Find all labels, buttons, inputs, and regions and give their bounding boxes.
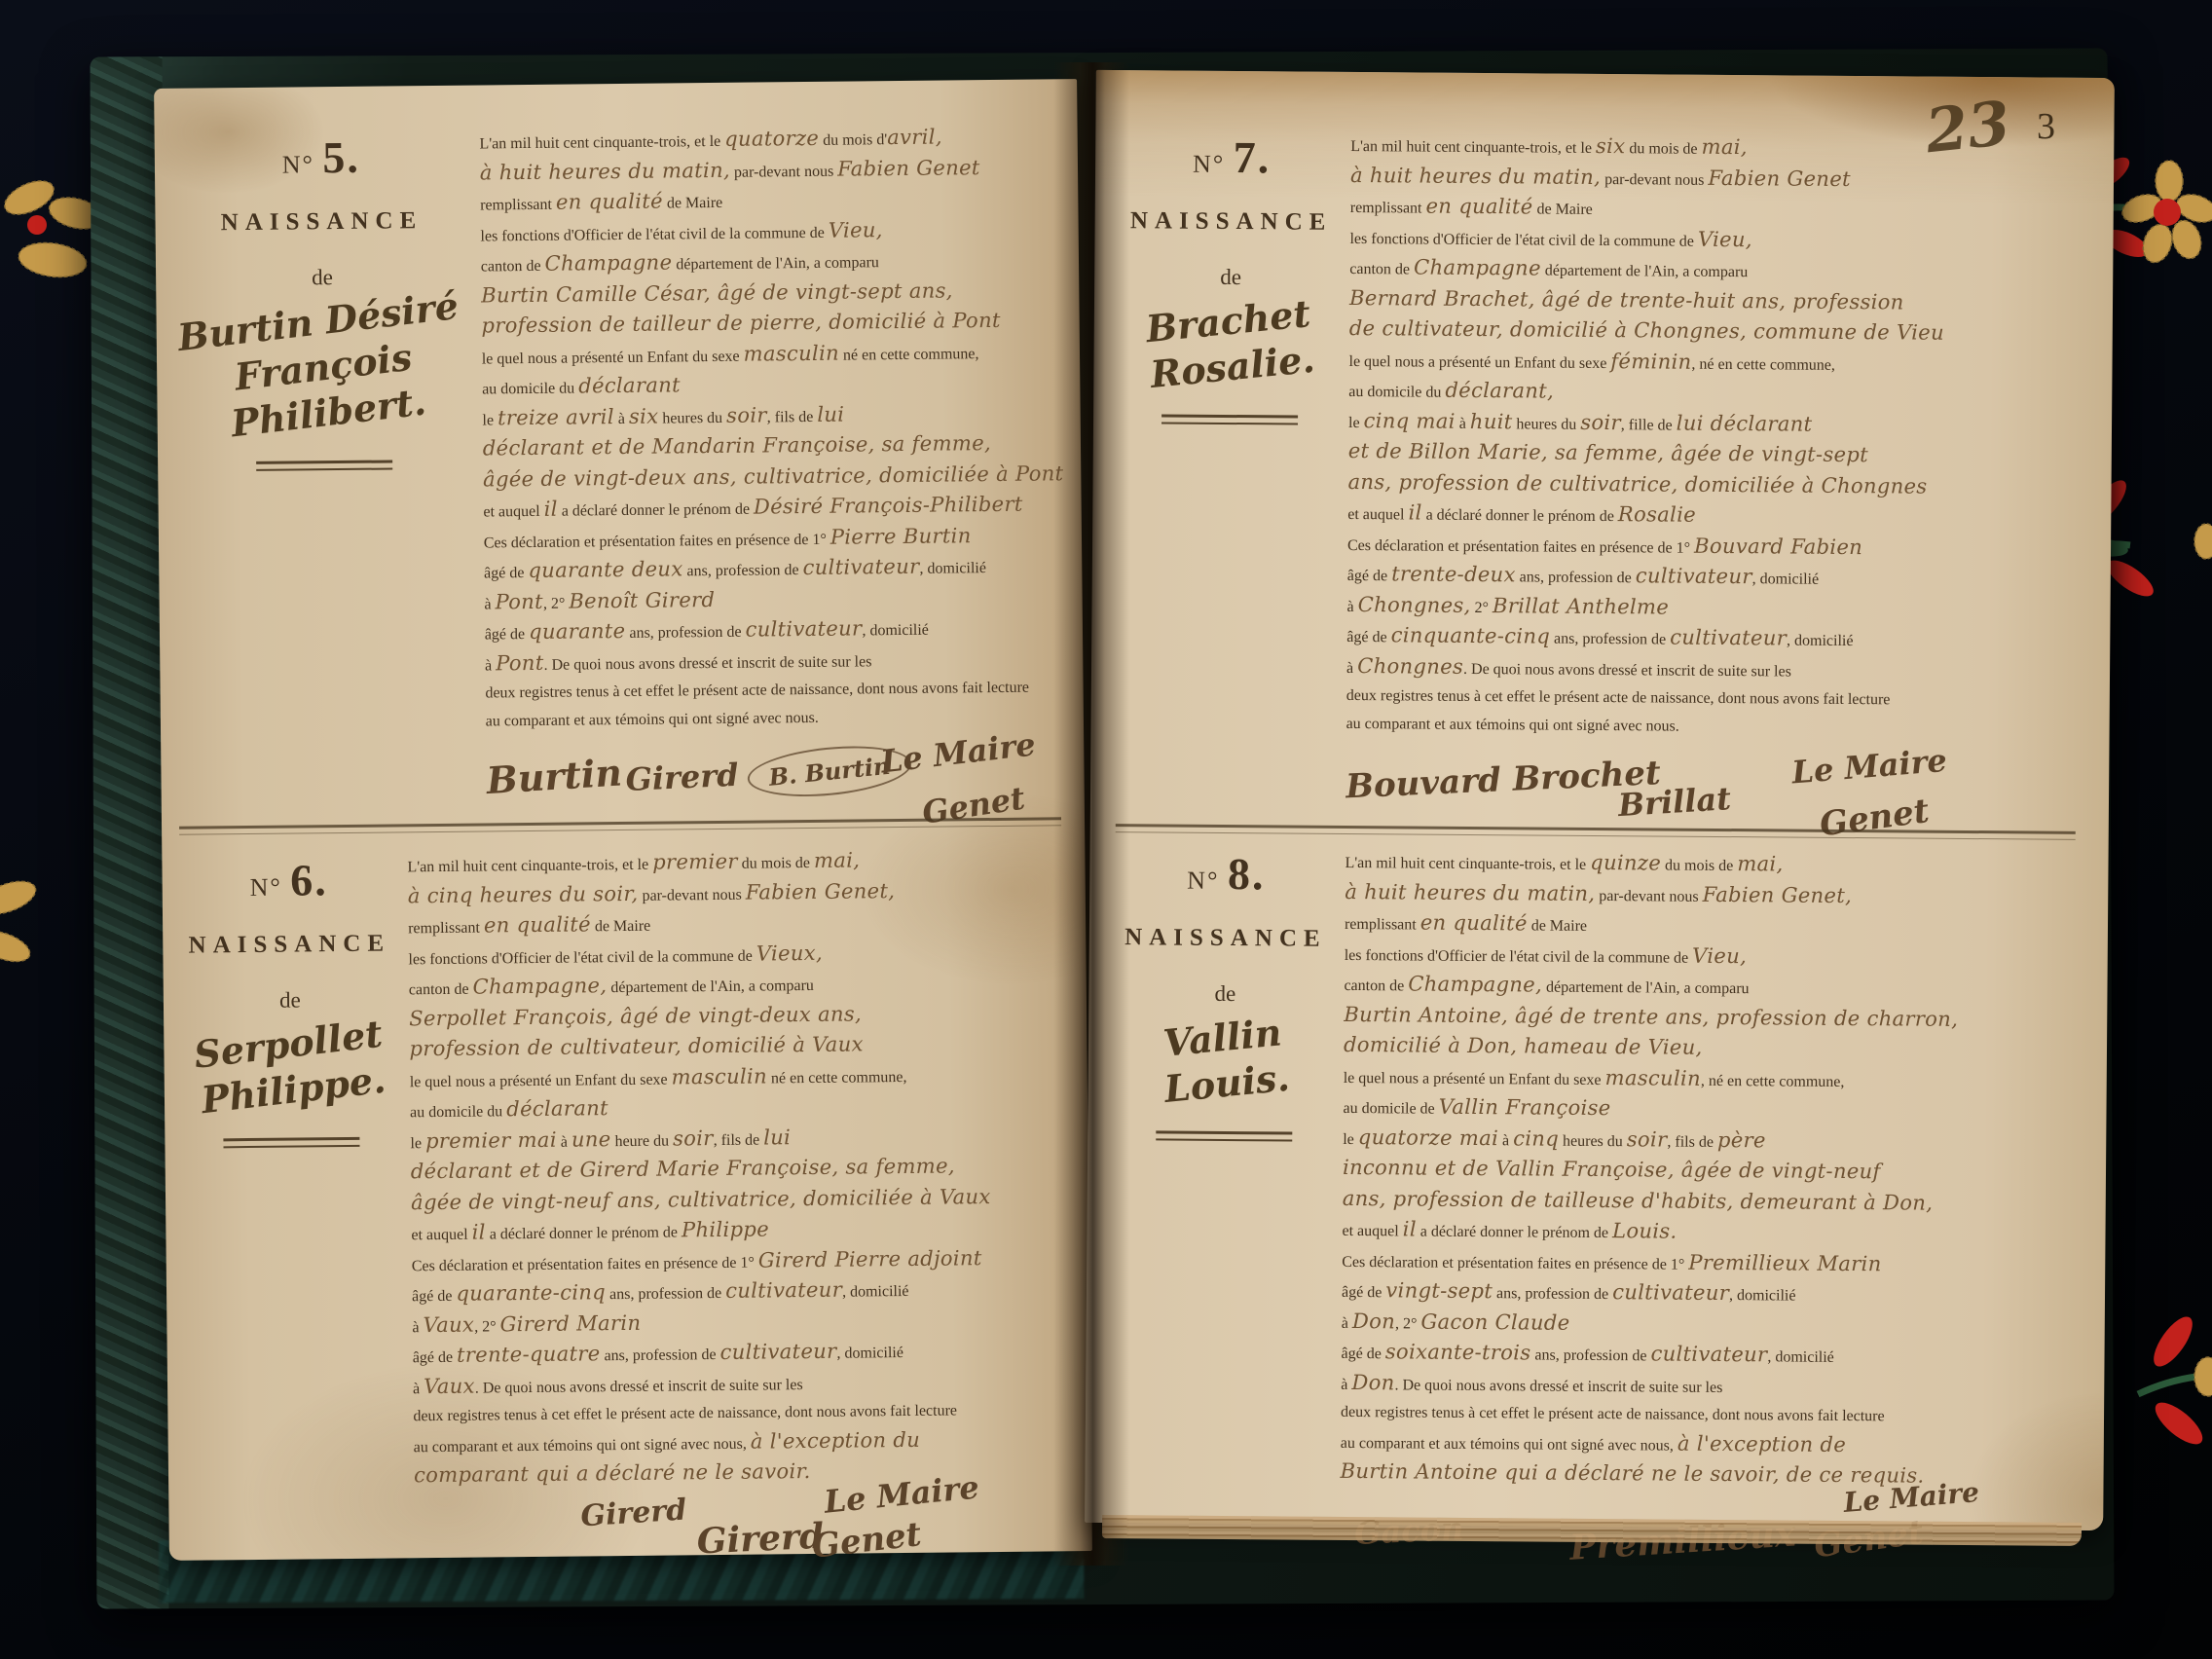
printed-text: heures du bbox=[658, 409, 726, 426]
handwritten-text: masculin bbox=[743, 340, 839, 365]
signature: Girerd bbox=[625, 756, 740, 798]
handwritten-text: cinquante-cinq bbox=[1391, 622, 1551, 647]
printed-text: canton de bbox=[1344, 977, 1408, 995]
act-text-line: et auquel il a déclaré donner le prénom … bbox=[1347, 498, 2066, 535]
handwritten-text: premier mai bbox=[425, 1126, 557, 1152]
printed-text: L'an mil huit cent cinquante-trois, et l… bbox=[479, 133, 724, 153]
handwritten-text: cultivateur bbox=[745, 615, 862, 641]
printed-text: au comparant et aux témoins qui ont sign… bbox=[414, 1435, 751, 1456]
handwritten-text: il bbox=[1403, 1216, 1417, 1240]
handwritten-text: Gacon Claude bbox=[1420, 1309, 1569, 1334]
printed-text: à bbox=[1341, 1376, 1351, 1392]
signature: Le Maire bbox=[1790, 742, 1948, 792]
printed-text: canton de bbox=[481, 258, 545, 276]
signature: Girerd bbox=[580, 1493, 688, 1533]
handwritten-text: cultivateur bbox=[725, 1277, 842, 1303]
handwritten-text: déclarant bbox=[506, 1095, 608, 1121]
handwritten-text: mai, bbox=[1737, 851, 1783, 875]
printed-text: L'an mil huit cent cinquante-trois, et l… bbox=[407, 857, 652, 876]
act-number-digit: 6. bbox=[290, 855, 328, 904]
handwritten-text: treize avril bbox=[498, 404, 614, 429]
printed-text: , fils de bbox=[767, 408, 818, 425]
handwritten-text: Pierre Burtin bbox=[830, 523, 972, 549]
handwritten-text: à huit heures du matin, bbox=[1350, 162, 1601, 188]
handwritten-text: Premillieux Marin bbox=[1688, 1249, 1881, 1275]
signature: Bouvard Brochet bbox=[1345, 754, 1661, 806]
handwritten-text: Burtin Antoine, âgé de trente ans, profe… bbox=[1344, 1001, 1958, 1030]
handwritten-text: trente-deux bbox=[1391, 561, 1516, 586]
act-body-text: L'an mil huit cent cinquante-trois, et l… bbox=[479, 120, 1067, 819]
birth-act-5: N° 5.NAISSANCEdeBurtin DésiréFrançoisPhi… bbox=[180, 120, 1048, 822]
printed-text: , fils de bbox=[714, 1131, 764, 1149]
handwritten-folio-number: 23 bbox=[1922, 88, 2012, 167]
act-type-label: NAISSANCE bbox=[188, 931, 390, 960]
printed-text: de Maire bbox=[591, 918, 650, 936]
printed-text: au domicile de bbox=[1343, 1100, 1438, 1118]
printed-text: les fonctions d'Officier de l'état civil… bbox=[480, 224, 829, 244]
handwritten-text: inconnu et de Vallin Françoise, âgée de … bbox=[1343, 1155, 1881, 1183]
printed-text: , domicilié bbox=[862, 622, 929, 640]
printed-text: heures du bbox=[1559, 1132, 1627, 1150]
act-body-text: L'an mil huit cent cinquante-trois, et l… bbox=[1346, 129, 2070, 828]
printed-text: et auquel bbox=[411, 1227, 471, 1244]
printed-text: au comparant et aux témoins qui ont sign… bbox=[1346, 715, 1679, 734]
signature-area: Bouvard BrochetBrillatLe MaireGenet bbox=[1346, 746, 2065, 859]
handwritten-text: vingt-sept bbox=[1385, 1277, 1493, 1303]
handwritten-text: cultivateur bbox=[802, 554, 919, 579]
act-child-name: Burtin DésiréFrançoisPhilibert. bbox=[175, 282, 471, 452]
printed-text: le bbox=[482, 412, 498, 428]
printed-text: du mois de bbox=[1661, 857, 1737, 874]
printed-text: deux registres tenus à cet effet le prés… bbox=[413, 1402, 957, 1424]
handwritten-text: soixante-trois bbox=[1385, 1339, 1531, 1364]
printed-text: heure du bbox=[610, 1132, 673, 1150]
act-de-label: de bbox=[1129, 264, 1332, 291]
handwritten-text: soir bbox=[1627, 1126, 1668, 1151]
act-child-name: BrachetRosalie. bbox=[1125, 288, 1336, 399]
handwritten-text: Benoît Girerd bbox=[569, 587, 715, 613]
printed-text: le quel nous a présenté un Enfant du sex… bbox=[410, 1071, 672, 1090]
act-de-label: de bbox=[189, 987, 391, 1014]
printed-text: à bbox=[413, 1381, 424, 1397]
printed-text: et auquel bbox=[1342, 1223, 1402, 1239]
handwritten-text: Bouvard Fabien bbox=[1694, 533, 1862, 558]
act-number-prefix: N° bbox=[282, 150, 314, 178]
printed-text: , domicilié bbox=[1767, 1348, 1834, 1366]
handwritten-text: Girerd Pierre adjoint bbox=[758, 1245, 982, 1272]
handwritten-text: Vieu, bbox=[829, 217, 883, 242]
handwritten-text: déclarant et de Girerd Marie Françoise, … bbox=[411, 1153, 955, 1183]
handwritten-text: déclarant et de Mandarin Françoise, sa f… bbox=[483, 430, 991, 460]
act-number: N° 7. bbox=[1130, 130, 1333, 184]
act-number-digit: 8. bbox=[1228, 849, 1266, 899]
printed-text: , né en cette commune, bbox=[1701, 1072, 1845, 1089]
act-body-text: L'an mil huit cent cinquante-trois, et l… bbox=[407, 842, 1054, 1540]
handwritten-text: cultivateur bbox=[1670, 625, 1787, 650]
printed-text: ans, profession de bbox=[682, 562, 802, 579]
printed-text: ans, profession de bbox=[1493, 1285, 1612, 1303]
handwritten-text: Champagne, bbox=[472, 973, 607, 998]
handwritten-text: lui bbox=[763, 1124, 791, 1149]
printed-text: à bbox=[485, 657, 496, 674]
printed-text: de Maire bbox=[1528, 917, 1587, 934]
printed-text: le bbox=[410, 1135, 425, 1152]
printed-text: L'an mil huit cent cinquante-trois, et l… bbox=[1350, 138, 1596, 157]
handwritten-text: et de Billon Marie, sa femme, âgée de vi… bbox=[1348, 438, 1868, 466]
act-text-line: âgé de cinquante-cinq ans, profession de… bbox=[1346, 621, 2065, 657]
printed-text: à bbox=[484, 596, 495, 612]
handwritten-text: six bbox=[1596, 133, 1626, 158]
printed-text: 2° bbox=[1471, 599, 1493, 615]
printed-text: , fils de bbox=[1667, 1133, 1717, 1150]
handwritten-text: mai, bbox=[814, 847, 861, 871]
printed-text: , 2° bbox=[543, 595, 570, 611]
handwritten-text: Désiré François-Philibert bbox=[754, 492, 1023, 519]
margin-divider-rule bbox=[1161, 415, 1298, 425]
act-type-label: NAISSANCE bbox=[180, 207, 462, 238]
printed-text: de Maire bbox=[663, 195, 722, 212]
handwritten-text: Fabien Genet bbox=[837, 155, 980, 181]
handwritten-text: Don bbox=[1352, 1309, 1395, 1333]
handwritten-text: Fabien Genet, bbox=[1703, 881, 1853, 906]
act-text-line: au domicile du déclarant, bbox=[1348, 376, 2067, 412]
printed-text: remplissant bbox=[480, 197, 556, 214]
printed-text: heures du bbox=[1512, 416, 1580, 433]
handwritten-text: il bbox=[544, 497, 558, 521]
handwritten-text: Philippe bbox=[682, 1216, 769, 1241]
handwritten-text: Pont bbox=[496, 649, 544, 675]
printed-text: . De quoi nous avons dressé et inscrit d… bbox=[543, 653, 871, 674]
handwritten-text: ans, profession de cultivatrice, domicil… bbox=[1347, 468, 1927, 498]
printed-text: âgé de bbox=[413, 1349, 457, 1366]
printed-text: du mois de bbox=[1625, 140, 1701, 158]
printed-text: âgé de bbox=[485, 626, 529, 643]
act-text-line: remplissant en qualité de Maire bbox=[1350, 192, 2069, 228]
printed-text: deux registres tenus à cet effet le prés… bbox=[485, 680, 1029, 702]
act-text-line: de cultivateur, domicilié à Chongnes, co… bbox=[1349, 314, 2068, 350]
birth-act-7: N° 7.NAISSANCEdeBrachetRosalie.L'an mil … bbox=[1125, 127, 2070, 828]
printed-text: les fonctions d'Officier de l'état civil… bbox=[1345, 946, 1692, 966]
handwritten-text: Fabien Genet bbox=[1708, 165, 1851, 190]
printed-page-number: 3 bbox=[2037, 105, 2055, 148]
printed-text: a déclaré donner le prénom de bbox=[486, 1224, 682, 1242]
handwritten-text: Vieux, bbox=[756, 940, 823, 965]
printed-text: le quel nous a présenté un Enfant du sex… bbox=[1348, 352, 1610, 371]
handwritten-text: quatorze mai bbox=[1358, 1124, 1498, 1150]
printed-text: Ces déclaration et présentation faites e… bbox=[412, 1254, 758, 1274]
embroidered-flower-icon bbox=[0, 857, 68, 993]
act-body-text: L'an mil huit cent cinquante-trois, et l… bbox=[1340, 845, 2063, 1497]
photo-scene: N° 5.NAISSANCEdeBurtin DésiréFrançoisPhi… bbox=[0, 0, 2212, 1659]
act-number: N° 8. bbox=[1124, 847, 1327, 901]
handwritten-text: Champagne bbox=[544, 249, 672, 275]
printed-text: , fille de bbox=[1621, 417, 1677, 433]
printed-text: deux registres tenus à cet effet le prés… bbox=[1346, 687, 1891, 708]
handwritten-text: cultivateur bbox=[1636, 563, 1752, 588]
right-page: N° 7.NAISSANCEdeBrachetRosalie.L'an mil … bbox=[1085, 70, 2115, 1530]
printed-text: à bbox=[1498, 1132, 1513, 1149]
printed-text: le quel nous a présenté un Enfant du sex… bbox=[482, 348, 744, 367]
signature: Brillat bbox=[1617, 780, 1732, 824]
handwritten-text: Champagne bbox=[1414, 254, 1541, 279]
handwritten-text: Rosalie bbox=[1618, 501, 1696, 527]
act-number-digit: 7. bbox=[1234, 132, 1272, 182]
printed-text: remplissant bbox=[1345, 916, 1420, 934]
act-number: N° 5. bbox=[180, 130, 462, 185]
signature: Burtin bbox=[485, 750, 623, 802]
printed-text: remplissant bbox=[408, 920, 484, 938]
act-margin-column: N° 8.NAISSANCEdeVallinLouis. bbox=[1120, 843, 1327, 1492]
printed-text: au domicile du bbox=[410, 1103, 506, 1121]
printed-text: , 2° bbox=[474, 1318, 500, 1335]
handwritten-text: déclarant bbox=[578, 372, 681, 397]
handwritten-text: masculin bbox=[1604, 1065, 1701, 1090]
handwritten-text: Burtin Camille César, âgé de vingt-sept … bbox=[481, 277, 953, 307]
printed-text: , né en cette commune, bbox=[1691, 355, 1835, 373]
act-text-line: remplissant en qualité de Maire bbox=[1345, 908, 2063, 944]
margin-divider-rule bbox=[1156, 1131, 1292, 1142]
handwritten-text: mai, bbox=[1701, 134, 1747, 159]
printed-text: âgé de bbox=[484, 565, 528, 581]
handwritten-text: avril, bbox=[887, 125, 942, 150]
handwritten-text: profession de cultivateur, domicilié à V… bbox=[409, 1031, 864, 1060]
handwritten-text: quatorze bbox=[724, 126, 819, 151]
printed-text: le bbox=[1343, 1130, 1358, 1147]
handwritten-text: Vaux bbox=[424, 1373, 475, 1398]
handwritten-text: féminin bbox=[1610, 349, 1691, 374]
handwritten-text: profession de tailleur de pierre, domici… bbox=[481, 308, 1000, 338]
printed-text: ans, profession de bbox=[606, 1285, 725, 1303]
printed-text: les fonctions d'Officier de l'état civil… bbox=[1349, 230, 1697, 249]
handwritten-text: quarante deux bbox=[528, 556, 682, 582]
handwritten-text: soir bbox=[726, 402, 767, 426]
act-child-name: SerpolletPhilippe. bbox=[185, 1010, 396, 1124]
handwritten-text: soir bbox=[673, 1125, 714, 1150]
printed-text: canton de bbox=[409, 981, 473, 999]
printed-text: département de l'Ain, a comparu bbox=[1541, 263, 1749, 281]
left-page: N° 5.NAISSANCEdeBurtin DésiréFrançoisPhi… bbox=[154, 79, 1092, 1561]
handwritten-text: cultivateur bbox=[1650, 1341, 1767, 1366]
act-margin-column: N° 7.NAISSANCEdeBrachetRosalie. bbox=[1125, 127, 1334, 822]
printed-text: , domicilié bbox=[919, 560, 986, 577]
handwritten-text: cinq mai bbox=[1364, 408, 1456, 433]
handwritten-text: Brillat Anthelme bbox=[1493, 593, 1669, 618]
handwritten-text: en qualité bbox=[484, 911, 591, 937]
act-margin-column: N° 5.NAISSANCEdeBurtin DésiréFrançoisPhi… bbox=[180, 127, 469, 823]
printed-text: les fonctions d'Officier de l'état civil… bbox=[408, 947, 756, 968]
handwritten-text: en qualité bbox=[1420, 910, 1528, 936]
handwritten-text: Vieu, bbox=[1692, 942, 1747, 967]
printed-text: né en cette commune, bbox=[767, 1068, 907, 1087]
handwritten-text: à l'exception de bbox=[1677, 1430, 1846, 1456]
act-text-line: L'an mil huit cent cinquante-trois, et l… bbox=[1345, 847, 2063, 883]
printed-text: ans, profession de bbox=[625, 624, 745, 642]
printed-text: département de l'Ain, a comparu bbox=[672, 254, 879, 273]
printed-text: âgé de bbox=[1346, 629, 1390, 645]
act-number-prefix: N° bbox=[249, 873, 281, 902]
printed-text: canton de bbox=[1349, 261, 1414, 278]
printed-text: ans, profession de bbox=[600, 1346, 719, 1364]
act-text-line: domicilié à Don, hameau de Vieu, bbox=[1344, 1031, 2062, 1067]
printed-text: par-devant nous bbox=[638, 886, 745, 903]
handwritten-text: une bbox=[571, 1126, 611, 1151]
handwritten-text: comparant qui a déclaré ne le savoir. bbox=[414, 1458, 811, 1487]
handwritten-text: Fabien Genet, bbox=[746, 878, 896, 904]
printed-text: au domicile du bbox=[482, 380, 578, 397]
act-child-name: VallinLouis. bbox=[1120, 1005, 1330, 1116]
printed-text: à bbox=[412, 1319, 423, 1336]
handwritten-text: en qualité bbox=[1425, 194, 1532, 219]
signature-area: GaconPremillieuxLe MaireGenet bbox=[1340, 1495, 2059, 1608]
handwritten-text: quinze bbox=[1590, 850, 1661, 875]
act-text-line: et auquel il a déclaré donner le prénom … bbox=[1342, 1215, 2060, 1251]
handwritten-text: soir bbox=[1580, 409, 1621, 433]
act-number: N° 6. bbox=[187, 854, 390, 907]
printed-text: Ces déclaration et présentation faites e… bbox=[484, 531, 830, 551]
printed-text: deux registres tenus à cet effet le prés… bbox=[1341, 1404, 1885, 1424]
act-text-line: au domicile de Vallin Françoise bbox=[1343, 1092, 2061, 1128]
printed-text: à bbox=[1342, 1314, 1352, 1331]
handwritten-text: Serpollet François, âgé de vingt-deux an… bbox=[409, 1001, 862, 1030]
printed-text: âgé de bbox=[1347, 568, 1391, 584]
handwritten-text: il bbox=[471, 1220, 485, 1244]
act-text-line: au comparant et aux témoins qui ont sign… bbox=[1346, 710, 2064, 743]
handwritten-text: âgée de vingt-deux ans, cultivatrice, do… bbox=[483, 461, 1063, 491]
handwritten-text: Pont bbox=[495, 588, 543, 613]
handwritten-text: il bbox=[1408, 499, 1421, 524]
signature: Genet bbox=[810, 1515, 924, 1567]
printed-text: remplissant bbox=[1350, 200, 1426, 217]
printed-text: le bbox=[1348, 414, 1364, 430]
signature: Le Maire bbox=[879, 725, 1038, 780]
act-type-label: NAISSANCE bbox=[1124, 924, 1327, 953]
handwritten-text: à huit heures du matin, bbox=[1345, 878, 1595, 904]
handwritten-text: Vaux bbox=[423, 1311, 474, 1337]
act-text-line: inconnu et de Vallin Françoise, âgée de … bbox=[1343, 1154, 2061, 1190]
handwritten-text: lui déclarant bbox=[1677, 410, 1813, 435]
handwritten-text: Vallin Françoise bbox=[1439, 1094, 1611, 1120]
printed-text: au comparant et aux témoins qui ont sign… bbox=[486, 709, 819, 729]
printed-text: . De quoi nous avons dressé et inscrit d… bbox=[1394, 1377, 1722, 1396]
printed-text: , domicilié bbox=[1729, 1287, 1796, 1305]
birth-act-6: N° 6.NAISSANCEdeSerpolletPhilippe.L'an m… bbox=[187, 842, 1054, 1542]
handwritten-text: Burtin Antoine qui a déclaré ne le savoi… bbox=[1340, 1458, 1924, 1488]
handwritten-text: Girerd Marin bbox=[499, 1309, 641, 1336]
printed-text: et auquel bbox=[1347, 506, 1408, 523]
printed-text: , 2° bbox=[1395, 1315, 1421, 1332]
handwritten-text: en qualité bbox=[556, 189, 663, 214]
printed-text: ans, profession de bbox=[1516, 569, 1636, 586]
handwritten-text: de cultivateur, domicilié à Chongnes, co… bbox=[1349, 315, 1944, 345]
printed-text: âgé de bbox=[1341, 1346, 1384, 1362]
handwritten-text: à cinq heures du soir, bbox=[408, 880, 639, 906]
signature-area: BurtinGirerdB. BurtinLe MaireGenet bbox=[486, 737, 1067, 850]
printed-text: au domicile du bbox=[1348, 384, 1445, 401]
printed-text: a déclaré donner le prénom de bbox=[558, 501, 754, 520]
printed-text: à bbox=[557, 1133, 571, 1150]
act-text-line: âgé de trente-deux ans, profession de cu… bbox=[1347, 560, 2066, 596]
act-text-line: le quel nous a présenté un Enfant du sex… bbox=[482, 337, 1063, 374]
handwritten-text: à l'exception du bbox=[751, 1426, 920, 1453]
printed-text: L'an mil huit cent cinquante-trois, et l… bbox=[1345, 855, 1590, 873]
act-text-line: âgé de quarante deux ans, profession de … bbox=[484, 551, 1065, 588]
signature-area: GirerdGirerdLe MaireGenet bbox=[414, 1493, 1055, 1607]
printed-text: a déclaré donner le prénom de bbox=[1422, 507, 1618, 526]
handwritten-text: âgée de vingt-neuf ans, cultivatrice, do… bbox=[411, 1184, 991, 1214]
act-number-digit: 5. bbox=[322, 132, 360, 182]
handwritten-text: masculin bbox=[671, 1063, 767, 1088]
handwritten-text: cinq bbox=[1513, 1125, 1559, 1150]
handwritten-text: Don bbox=[1351, 1370, 1394, 1394]
margin-divider-rule bbox=[256, 461, 392, 471]
act-text-line: et de Billon Marie, sa femme, âgée de vi… bbox=[1348, 437, 2067, 473]
handwritten-text: cultivateur bbox=[719, 1339, 836, 1364]
handwritten-text: déclarant, bbox=[1445, 378, 1554, 403]
printed-text: , domicilié bbox=[842, 1283, 909, 1301]
printed-text: , domicilié bbox=[836, 1345, 903, 1362]
handwritten-text: Bernard Brachet, âgé de trente-huit ans,… bbox=[1349, 284, 1904, 313]
handwritten-text: à huit heures du matin, bbox=[480, 157, 730, 184]
birth-act-8: N° 8.NAISSANCEdeVallinLouis.L'an mil hui… bbox=[1120, 843, 2063, 1497]
signature: Girerd bbox=[695, 1515, 824, 1562]
handwritten-text: six bbox=[629, 403, 659, 427]
printed-text: département de l'Ain, a comparu bbox=[1542, 979, 1750, 998]
act-text-line: au comparant et aux témoins qui ont sign… bbox=[486, 702, 1067, 736]
printed-text: Ces déclaration et présentation faites e… bbox=[1342, 1253, 1688, 1272]
act-text-line: et auquel il a déclaré donner le prénom … bbox=[483, 490, 1064, 527]
printed-text: par-devant nous bbox=[730, 163, 837, 180]
printed-text: . De quoi nous avons dressé et inscrit d… bbox=[1463, 660, 1791, 680]
handwritten-text: lui bbox=[817, 401, 844, 425]
handwritten-text: huit bbox=[1470, 408, 1513, 432]
act-number-prefix: N° bbox=[1193, 150, 1225, 178]
printed-text: a déclaré donner le prénom de bbox=[1417, 1224, 1612, 1242]
handwritten-text: domicilié à Don, hameau de Vieu, bbox=[1344, 1032, 1703, 1059]
printed-text: de Maire bbox=[1532, 201, 1592, 217]
printed-text: par-devant nous bbox=[1595, 887, 1702, 904]
act-text-line: canton de Champagne département de l'Ain… bbox=[1349, 253, 2068, 289]
printed-text: à bbox=[614, 410, 629, 426]
printed-text: à bbox=[1346, 598, 1357, 614]
printed-text: né en cette commune, bbox=[839, 346, 979, 364]
act-text-line: âgé de soixante-trois ans, profession de… bbox=[1341, 1338, 2059, 1374]
handwritten-text: quarante bbox=[529, 618, 626, 644]
handwritten-text: premier bbox=[652, 849, 738, 874]
printed-text: du mois de bbox=[738, 855, 814, 872]
act-type-label: NAISSANCE bbox=[1130, 207, 1333, 237]
printed-text: département de l'Ain, a comparu bbox=[607, 977, 814, 996]
handwritten-text: Vieu, bbox=[1698, 226, 1752, 250]
act-number-prefix: N° bbox=[1187, 866, 1219, 895]
handwritten-text: Champagne, bbox=[1408, 971, 1542, 996]
handwritten-text: Chongnes bbox=[1357, 653, 1463, 679]
handwritten-text: quarante-cinq bbox=[456, 1279, 606, 1306]
printed-text: à bbox=[1346, 659, 1357, 676]
printed-text: au comparant et aux témoins qui ont sign… bbox=[1341, 1434, 1677, 1454]
handwritten-text: cultivateur bbox=[1612, 1279, 1729, 1305]
embroidered-flower-icon bbox=[2128, 1287, 2212, 1472]
handwritten-text: ans, profession de tailleuse d'habits, d… bbox=[1343, 1185, 1934, 1214]
printed-text: , domicilié bbox=[1752, 571, 1820, 588]
margin-divider-rule bbox=[223, 1137, 359, 1148]
act-margin-column: N° 6.NAISSANCEdeSerpolletPhilippe. bbox=[187, 850, 396, 1543]
printed-text: du mois d' bbox=[819, 131, 887, 149]
printed-text: âgé de bbox=[412, 1288, 456, 1305]
printed-text: et auquel bbox=[483, 503, 543, 521]
printed-text: le quel nous a présenté un Enfant du sex… bbox=[1344, 1069, 1605, 1088]
act-text-line: âgé de vingt-sept ans, profession de cul… bbox=[1342, 1276, 2060, 1312]
printed-text: , domicilié bbox=[1787, 633, 1854, 650]
